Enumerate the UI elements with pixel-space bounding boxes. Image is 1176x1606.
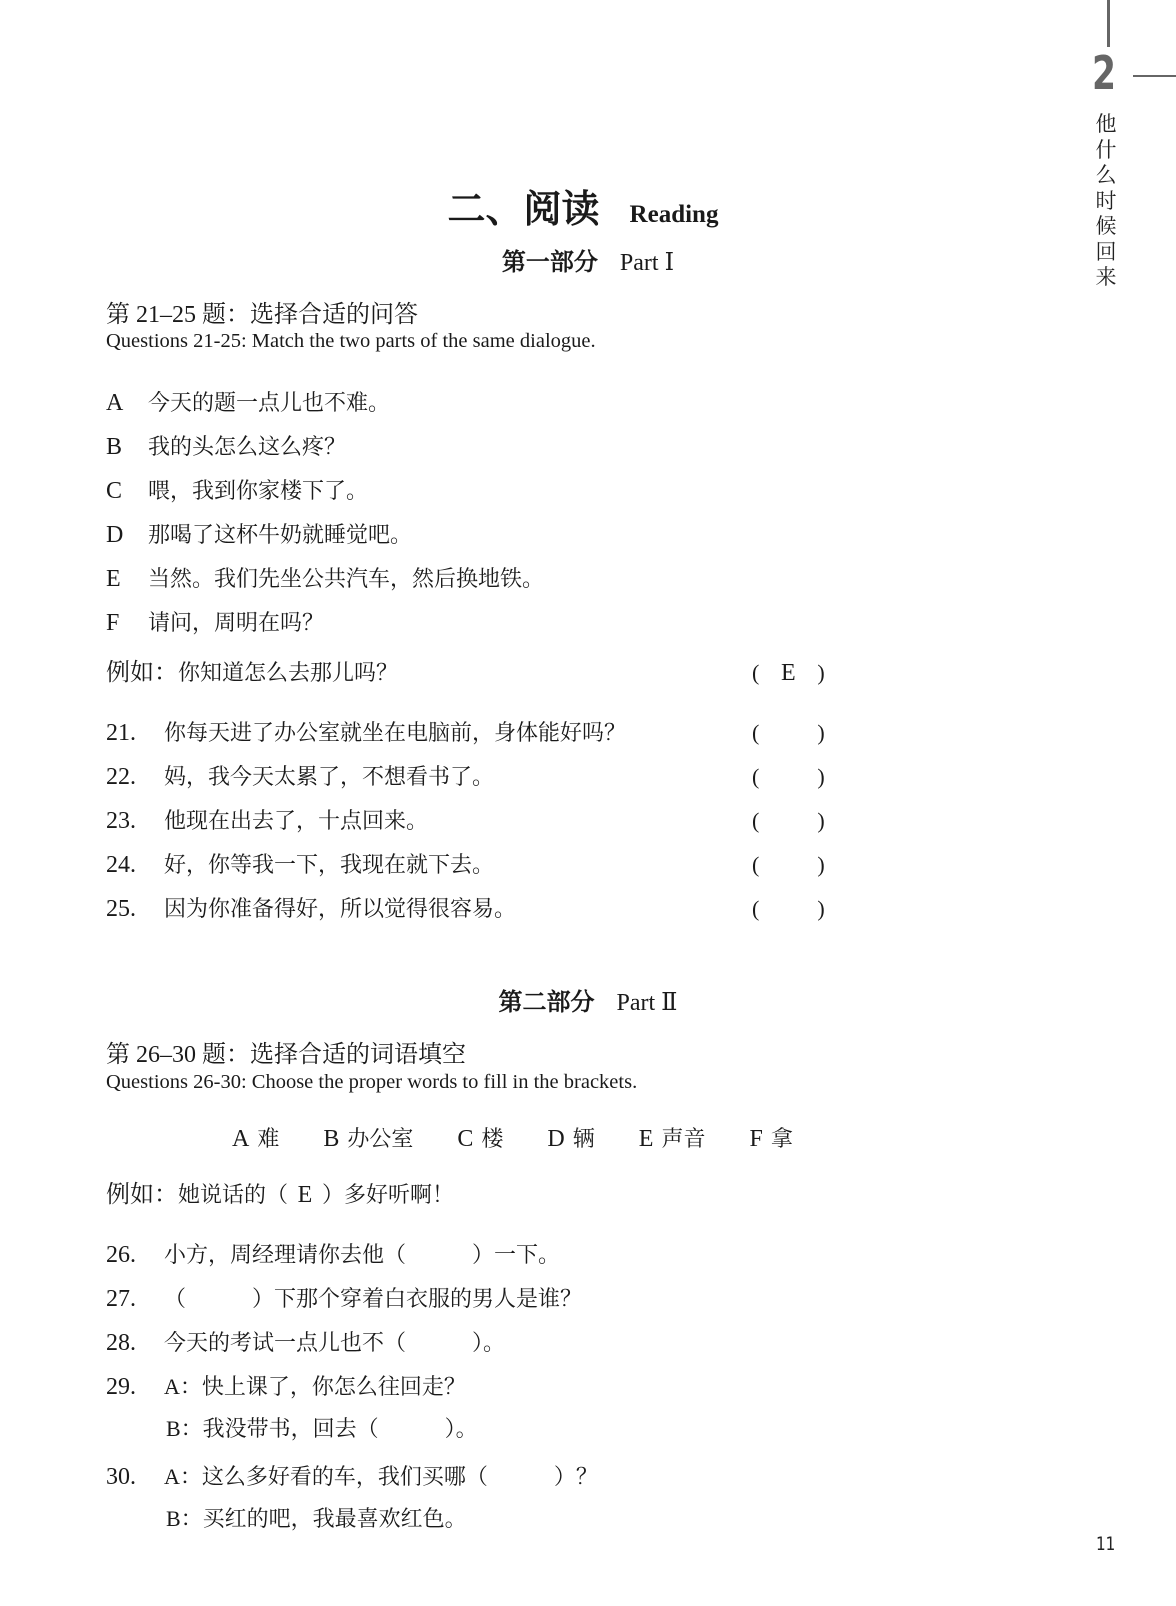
word-letter: A [232,1126,249,1152]
word-text: 办公室 [347,1126,413,1151]
answer-blank-23[interactable]: () [752,806,825,836]
question-number: 27. [106,1284,164,1314]
word-text: 声音 [661,1126,705,1151]
question-text: 因为你准备得好，所以觉得很容易。 [164,896,516,921]
word-letter: D [547,1126,564,1152]
word-e: E声音 [639,1126,706,1151]
question-29: 29.A：快上课了，你怎么往回走？ [106,1372,466,1402]
example-label: 例如： [106,660,178,686]
question-28: 28.今天的考试一点儿也不（ ）。 [106,1328,505,1358]
answer-blank-25[interactable]: () [752,894,825,924]
question-number: 21. [106,718,164,748]
chapter-divider-vertical [1107,0,1110,47]
question-number: 29. [106,1372,164,1402]
option-letter: F [106,608,148,638]
option-text: 那喝了这杯牛奶就睡觉吧。 [148,522,412,547]
paren-close: ) [817,852,824,877]
paren-open: ( [752,896,759,921]
part2-heading: 第二部分Part Ⅱ [0,982,1176,1017]
section-title-zh: 二、阅读 [448,189,600,231]
question-number: 30. [106,1462,164,1492]
paren-close: ) [817,720,824,745]
option-text: 今天的题一点儿也不难。 [148,390,390,415]
part1-heading-en: Part Ⅰ [620,250,674,276]
part1-example: 例如：你知道怎么去那儿吗？ [106,658,398,688]
option-text: 请问，周明在吗？ [148,610,324,635]
paren-open: ( [752,852,759,877]
question-21: 21.你每天进了办公室就坐在电脑前，身体能好吗？ [106,718,626,748]
question-number: 23. [106,806,164,836]
chapter-divider-horizontal [1133,75,1176,77]
example-text: 你知道怎么去那儿吗？ [178,660,398,685]
question-number: 24. [106,850,164,880]
question-text: 你每天进了办公室就坐在电脑前，身体能好吗？ [164,720,626,745]
example-answer: E [759,658,817,688]
part2-instruction-zh: 第 26–30 题：选择合适的词语填空 [106,1034,466,1069]
part1-heading-zh: 第一部分 [502,250,598,276]
word-text: 拿 [771,1126,793,1151]
section-title: 二、阅读Reading [0,178,1176,233]
example-text-before: 她说话的（ [178,1182,288,1207]
question-text: 他现在出去了，十点回来。 [164,808,428,833]
option-e: E当然。我们先坐公共汽车，然后换地铁。 [106,564,544,594]
question-text: 好，你等我一下，我现在就下去。 [164,852,494,877]
question-25: 25.因为你准备得好，所以觉得很容易。 [106,894,516,924]
word-a: A难 [232,1126,279,1151]
question-text: 今天的考试一点儿也不（ ）。 [164,1330,505,1355]
part1-heading: 第一部分Part Ⅰ [0,242,1176,277]
example-answer: E [288,1180,322,1210]
example-label: 例如： [106,1182,178,1208]
option-f: F请问，周明在吗？ [106,608,324,638]
option-letter: D [106,520,148,550]
paren-close: ) [817,764,824,789]
word-text: 辆 [573,1126,595,1151]
option-text: 当然。我们先坐公共汽车，然后换地铁。 [148,566,544,591]
word-c: C楼 [457,1126,503,1151]
part1-instruction-zh: 第 21–25 题：选择合适的问答 [106,294,418,329]
answer-blank-21[interactable]: () [752,718,825,748]
question-text: （ ）下那个穿着白衣服的男人是谁？ [164,1286,582,1311]
question-27: 27.（ ）下那个穿着白衣服的男人是谁？ [106,1284,582,1314]
part2-example: 例如：她说话的（E）多好听啊！ [106,1180,454,1210]
option-b: B我的头怎么这么疼？ [106,432,346,462]
question-26: 26.小方，周经理请你去他（ ）一下。 [106,1240,560,1270]
word-b: B办公室 [323,1126,413,1151]
option-letter: A [106,388,148,418]
dialogue-line-a: A：快上课了，你怎么往回走？ [164,1374,466,1399]
question-24: 24.好，你等我一下，我现在就下去。 [106,850,494,880]
word-letter: F [749,1126,762,1152]
dialogue-line-a: A：这么多好看的车，我们买哪（ ）？ [164,1464,598,1489]
paren-open: ( [752,660,759,685]
paren-close: ) [817,660,824,685]
chapter-number: 2 [1092,50,1116,96]
part1-example-answer: (E) [752,658,825,688]
question-30: 30.A：这么多好看的车，我们买哪（ ）？ [106,1462,598,1492]
question-number: 25. [106,894,164,924]
question-text: 小方，周经理请你去他（ ）一下。 [164,1242,560,1267]
word-f: F拿 [749,1126,792,1151]
question-29-line-b: B：我没带书，回去（ ）。 [166,1414,478,1444]
question-text: 妈，我今天太累了，不想看书了。 [164,764,494,789]
page-number: 11 [1096,1533,1115,1555]
part1-instruction-en: Questions 21-25: Match the two parts of … [106,330,596,353]
word-text: 楼 [481,1126,503,1151]
option-d: D那喝了这杯牛奶就睡觉吧。 [106,520,412,550]
option-c: C喂，我到你家楼下了。 [106,476,368,506]
word-letter: B [323,1126,339,1152]
word-d: D辆 [547,1126,594,1151]
question-number: 28. [106,1328,164,1358]
part2-instruction-en: Questions 26-30: Choose the proper words… [106,1071,637,1094]
part2-heading-en: Part Ⅱ [617,990,678,1016]
option-letter: C [106,476,148,506]
paren-open: ( [752,764,759,789]
option-letter: E [106,564,148,594]
option-text: 喂，我到你家楼下了。 [148,478,368,503]
option-a: A今天的题一点儿也不难。 [106,388,390,418]
paren-close: ) [817,896,824,921]
part2-heading-zh: 第二部分 [499,990,595,1016]
question-22: 22.妈，我今天太累了，不想看书了。 [106,762,494,792]
word-letter: E [639,1126,654,1152]
question-23: 23.他现在出去了，十点回来。 [106,806,428,836]
option-text: 我的头怎么这么疼？ [148,434,346,459]
paren-open: ( [752,808,759,833]
paren-close: ) [817,808,824,833]
answer-blank-24[interactable]: () [752,850,825,880]
answer-blank-22[interactable]: () [752,762,825,792]
example-text-after: ）多好听啊！ [322,1182,454,1207]
question-number: 22. [106,762,164,792]
question-30-line-b: B：买红的吧，我最喜欢红色。 [166,1504,467,1534]
option-letter: B [106,432,148,462]
section-title-en: Reading [630,201,719,228]
word-text: 难 [257,1126,279,1151]
paren-open: ( [752,720,759,745]
word-bank: A难B办公室C楼D辆E声音F拿 [232,1124,837,1154]
word-letter: C [457,1126,473,1152]
question-number: 26. [106,1240,164,1270]
